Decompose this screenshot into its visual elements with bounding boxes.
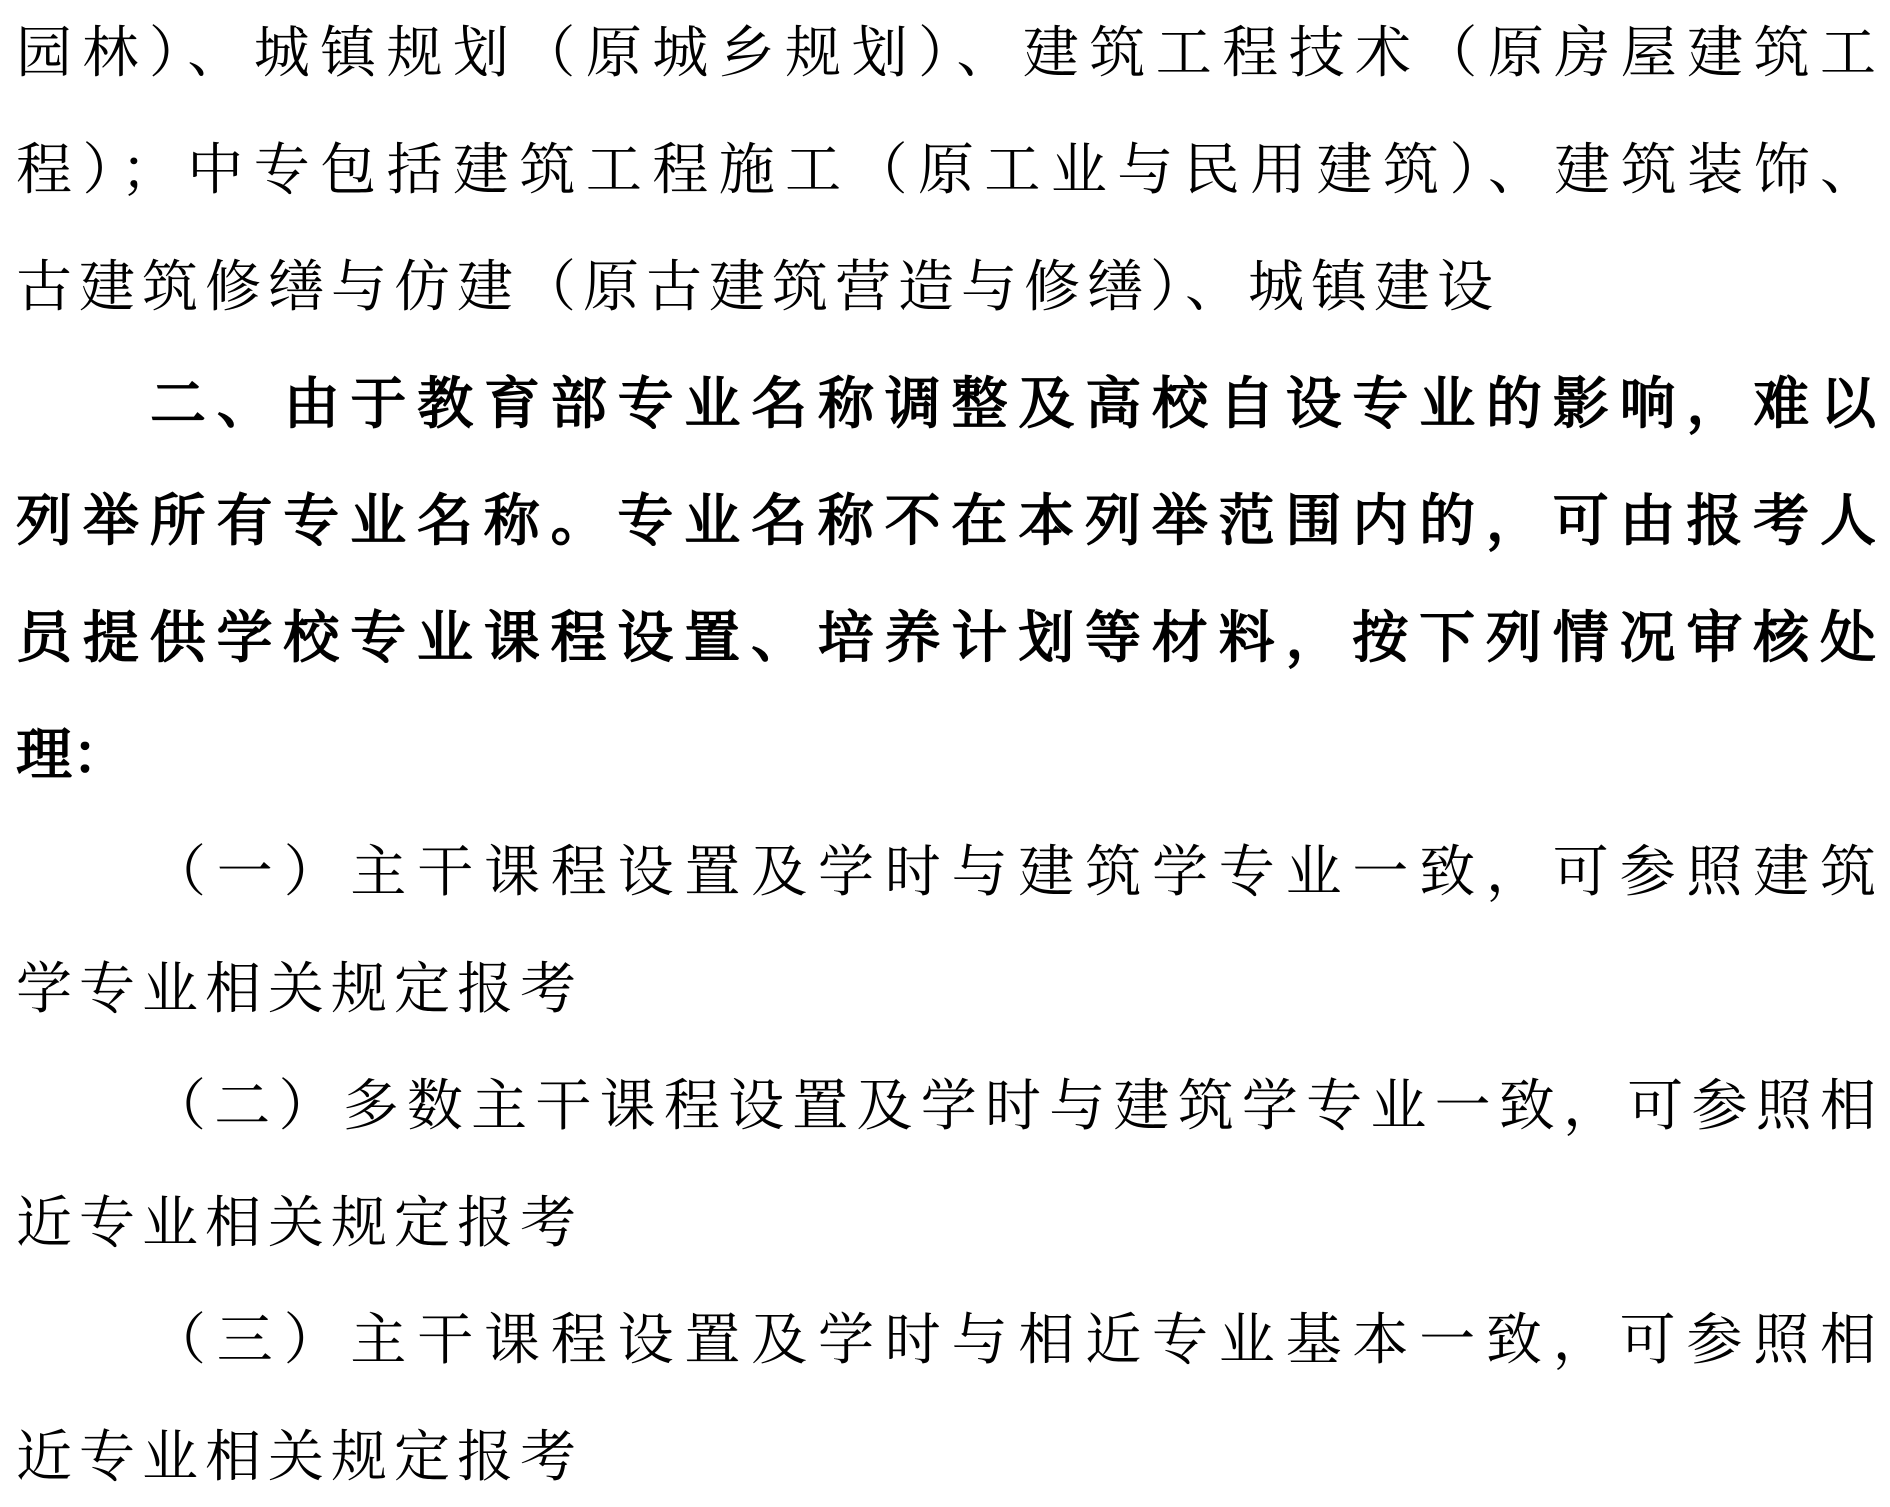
list-item-line: （三）主干课程设置及学时与相近专业基本一致，可参照相 <box>150 1301 1876 1381</box>
list-item-line: 近专业相关规定报考 <box>16 1418 583 1498</box>
list-item-line: （一）主干课程设置及学时与建筑学专业一致，可参照建筑 <box>150 833 1876 913</box>
paragraph-line: 古建筑修缮与仿建（原古建筑营造与修缮）、城镇建设 <box>16 248 1500 328</box>
paragraph-line: 列举所有专业名称。专业名称不在本列举范围内的，可由报考人 <box>16 482 1876 562</box>
paragraph-line: 员提供学校专业课程设置、培养计划等材料，按下列情况审核处 <box>16 599 1876 679</box>
paragraph-line: 理： <box>16 716 128 796</box>
paragraph-line: 程）；中专包括建筑工程施工（原工业与民用建筑）、建筑装饰、 <box>16 131 1876 211</box>
list-item-line: （二）多数主干课程设置及学时与建筑学专业一致，可参照相 <box>150 1067 1876 1147</box>
list-item-line: 学专业相关规定报考 <box>16 950 583 1030</box>
document-page: 园林）、城镇规划（原城乡规划）、建筑工程技术（原房屋建筑工 程）；中专包括建筑工… <box>0 0 1890 1507</box>
paragraph-line: 园林）、城镇规划（原城乡规划）、建筑工程技术（原房屋建筑工 <box>16 14 1876 94</box>
section-heading-line: 二、由于教育部专业名称调整及高校自设专业的影响，难以 <box>150 365 1876 445</box>
list-item-line: 近专业相关规定报考 <box>16 1184 583 1264</box>
